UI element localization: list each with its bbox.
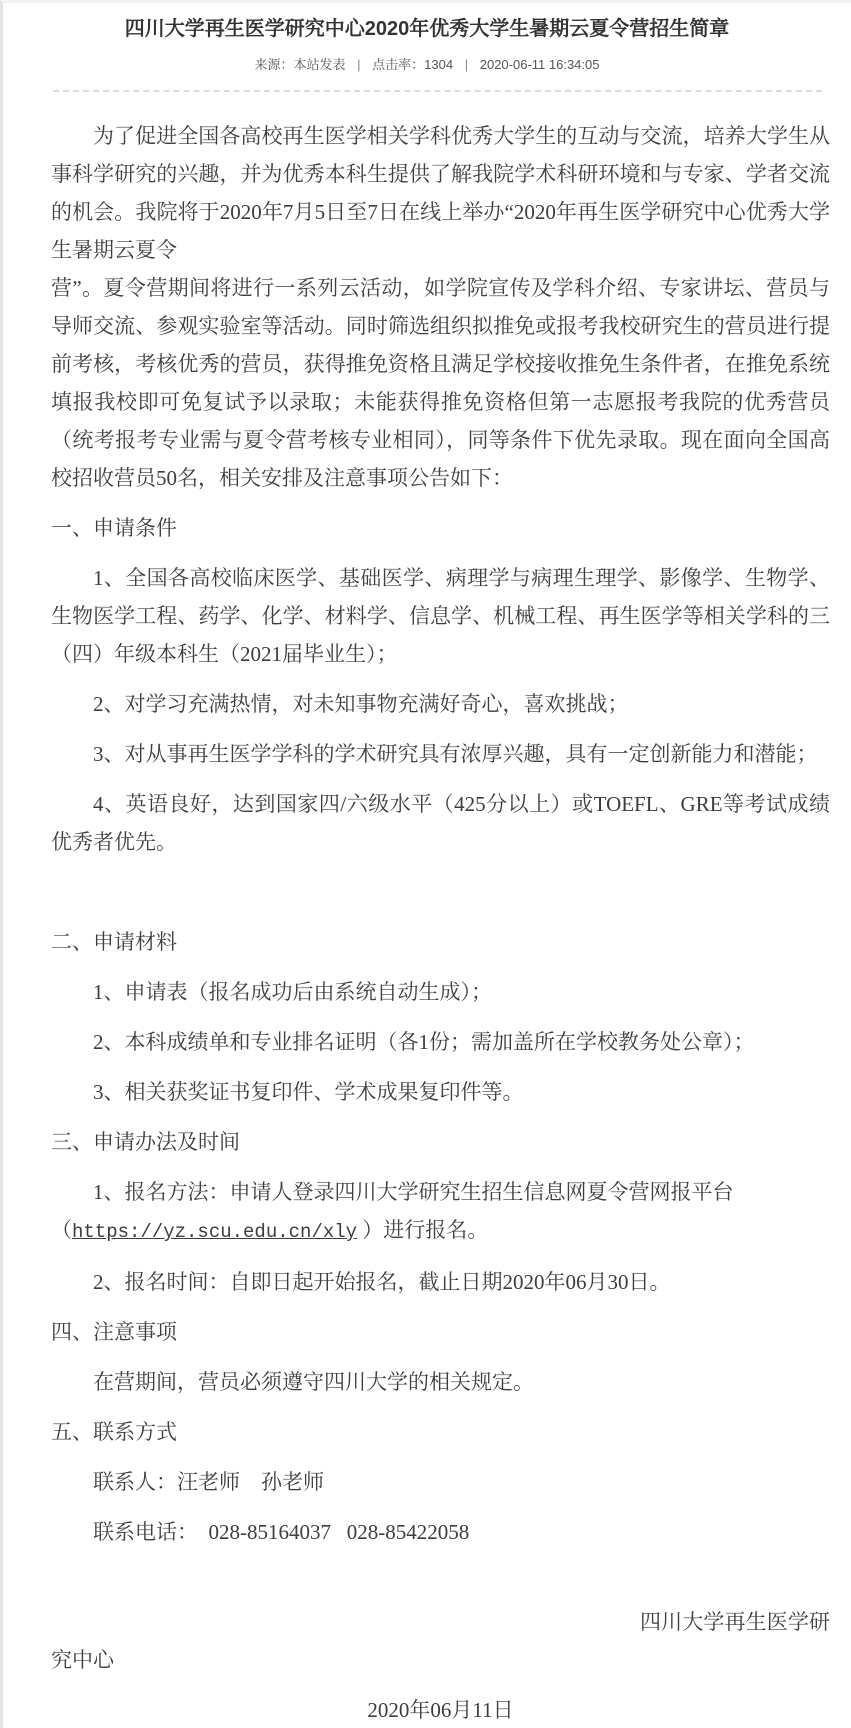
body-paragraph: 1、申请表（报名成功后由系统自动生成）； — [51, 973, 830, 1011]
meta-divider: | — [357, 57, 360, 72]
article-body: 为了促进全国各高校再生医学相关学科优秀大学生的互动与交流，培养大学生从事科学研究… — [51, 117, 830, 1728]
body-paragraph: 2、本科成绩单和专业排名证明（各1份；需加盖所在学校教务处公章）； — [51, 1023, 830, 1061]
body-paragraph: 4、英语良好，达到国家四/六级水平（425分以上）或TOEFL、GRE等考试成绩… — [51, 785, 830, 861]
body-paragraph: 联系人：汪老师 孙老师 — [51, 1463, 830, 1501]
body-paragraph: 2、对学习充满热情，对未知事物充满好奇心，喜欢挑战； — [51, 685, 830, 723]
body-paragraph: 联系电话： 028-85164037 028-85422058 — [51, 1513, 830, 1551]
body-paragraph: 在营期间，营员必须遵守四川大学的相关规定。 — [51, 1363, 830, 1401]
section-heading: 一、申请条件 — [51, 509, 830, 547]
meta-divider: | — [465, 57, 468, 72]
meta-datetime: 2020-06-11 16:34:05 — [480, 57, 600, 72]
body-paragraph: 3、相关获奖证书复印件、学术成果复印件等。 — [51, 1073, 830, 1111]
article-meta: 来源：本站发表 | 点击率：1304 | 2020-06-11 16:34:05 — [3, 54, 851, 73]
paragraph-spacer — [51, 873, 830, 911]
page-title: 四川大学再生医学研究中心2020年优秀大学生暑期云夏令营招生简章 — [43, 15, 811, 43]
section-heading: 四、注意事项 — [51, 1313, 830, 1351]
meta-hit-count: 点击率：1304 — [372, 57, 453, 72]
signup-url-link[interactable]: https://yz.scu.edu.cn/xly — [72, 1221, 357, 1243]
section-heading: 三、申请办法及时间 — [51, 1123, 830, 1161]
section-heading: 二、申请材料 — [51, 923, 830, 961]
body-paragraph: 1、报名方法：申请人登录四川大学研究生招生信息网夏令营网报平台 （https:/… — [51, 1173, 830, 1251]
body-paragraph: 2、报名时间：自即日起开始报名，截止日期2020年06月30日。 — [51, 1263, 830, 1301]
body-paragraph: 1、全国各高校临床医学、基础医学、病理学与病理生理学、影像学、生物学、生物医学工… — [51, 559, 830, 673]
dashed-separator — [53, 90, 822, 92]
section-heading: 五、联系方式 — [51, 1413, 830, 1451]
meta-source: 来源：本站发表 — [255, 57, 346, 72]
article-header: 四川大学再生医学研究中心2020年优秀大学生暑期云夏令营招生简章 来源：本站发表… — [3, 3, 851, 92]
signature-org: 四川大学再生医学研究中心 — [51, 1603, 830, 1679]
body-paragraph: 为了促进全国各高校再生医学相关学科优秀大学生的互动与交流，培养大学生从事科学研究… — [51, 117, 830, 497]
body-paragraph: 3、对从事再生医学学科的学术研究具有浓厚兴趣，具有一定创新能力和潜能； — [51, 735, 830, 773]
paragraph-text: ）进行报名。 — [357, 1218, 488, 1242]
article-page: 四川大学再生医学研究中心2020年优秀大学生暑期云夏令营招生简章 来源：本站发表… — [0, 0, 851, 1728]
signature-date: 2020年06月11日 — [51, 1691, 830, 1728]
